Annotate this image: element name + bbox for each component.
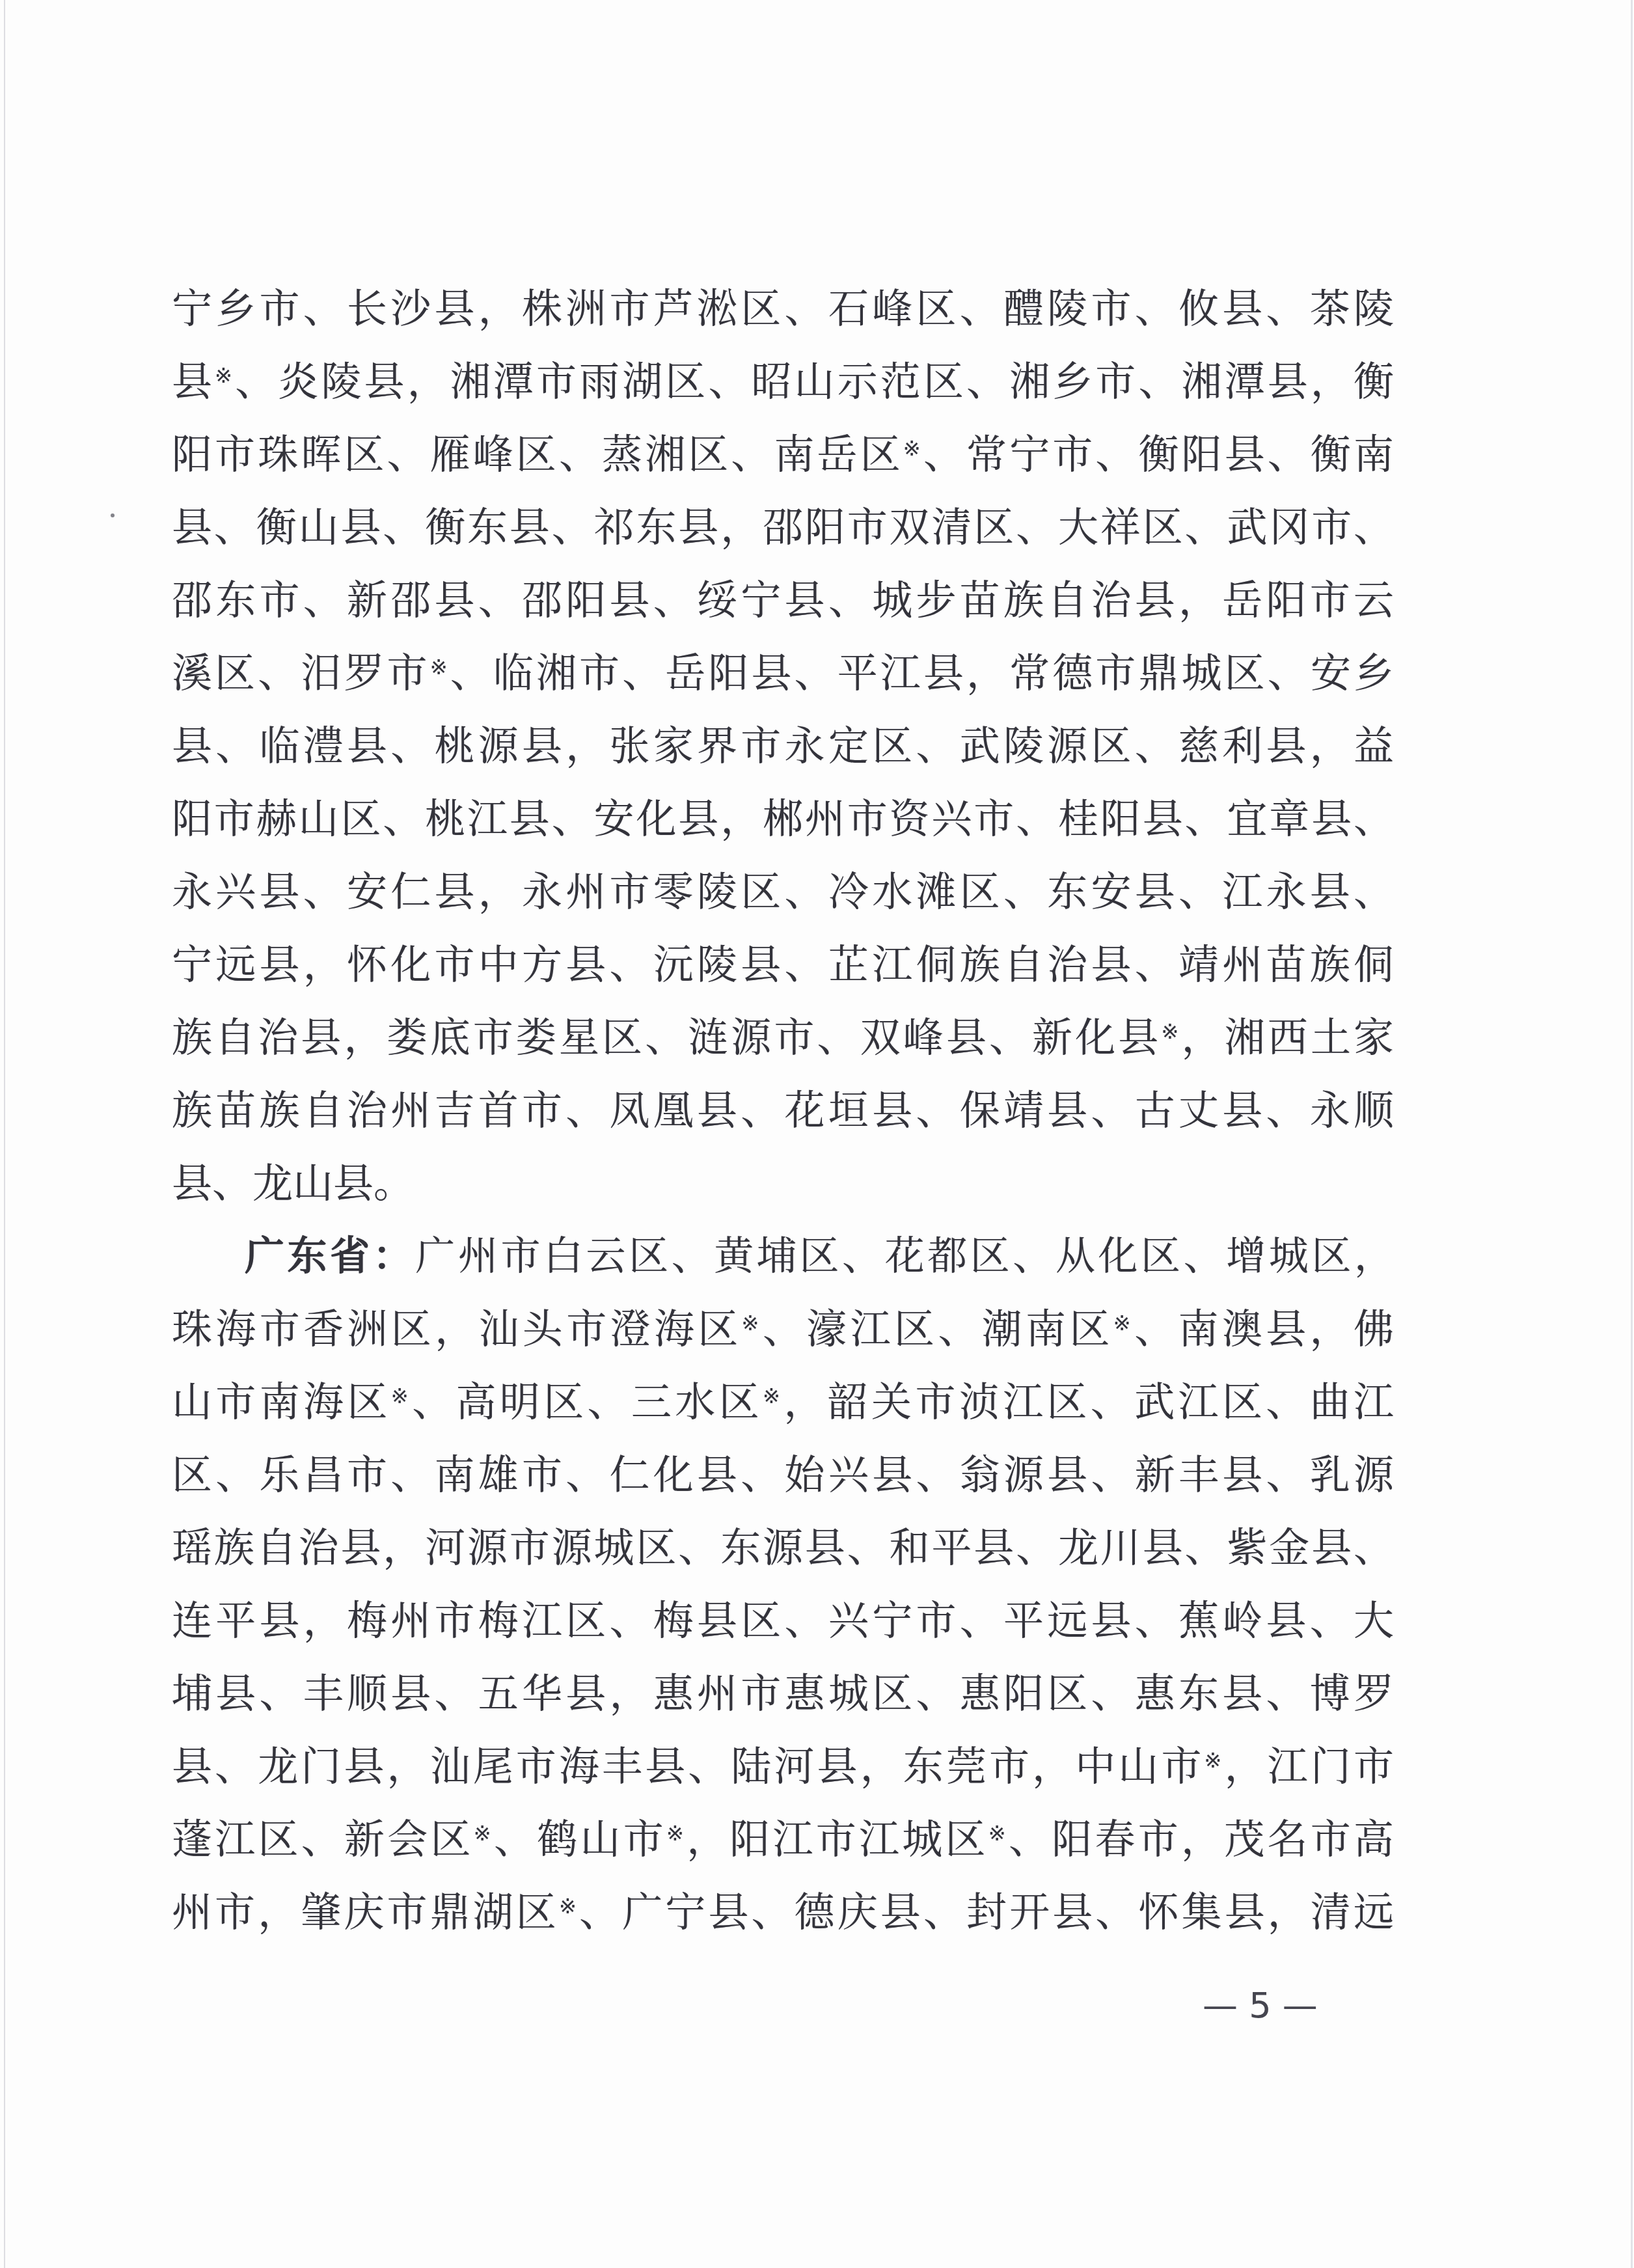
text-line: 县※、炎陵县，湘潭市雨湖区、昭山示范区、湘乡市、湘潭县，衡	[172, 346, 1394, 419]
text-line: 邵东市、新邵县、邵阳县、绥宁县、城步苗族自治县，岳阳市云	[172, 565, 1394, 638]
text-line: 山市南海区※、高明区、三水区※，韶关市浈江区、武江区、曲江	[172, 1367, 1394, 1440]
text-line: 宁远县，怀化市中方县、沅陵县、芷江侗族自治县、靖州苗族侗	[172, 929, 1394, 1002]
text-block: 宁乡市、长沙县，株洲市芦淞区、石峰区、醴陵市、攸县、茶陵 县※、炎陵县，湘潭市雨…	[172, 273, 1394, 1950]
text-line: 宁乡市、长沙县，株洲市芦淞区、石峰区、醴陵市、攸县、茶陵	[172, 273, 1394, 346]
text-line: 珠海市香洲区，汕头市澄海区※、濠江区、潮南区※、南澳县，佛	[172, 1294, 1394, 1367]
scan-edge-left	[4, 0, 5, 2268]
text-line: 族自治县，娄底市娄星区、涟源市、双峰县、新化县※，湘西土家	[172, 1002, 1394, 1075]
text-line: 广东省：广州市白云区、黄埔区、花都区、从化区、增城区，	[172, 1221, 1394, 1294]
text-line: 连平县，梅州市梅江区、梅县区、兴宁市、平远县、蕉岭县、大	[172, 1585, 1394, 1658]
text-line: 瑶族自治县，河源市源城区、东源县、和平县、龙川县、紫金县、	[172, 1512, 1394, 1585]
text-line: 区、乐昌市、南雄市、仁化县、始兴县、翁源县、新丰县、乳源	[172, 1440, 1394, 1512]
text-line: 族苗族自治州吉首市、凤凰县、花垣县、保靖县、古丈县、永顺	[172, 1075, 1394, 1148]
text-line: 县、衡山县、衡东县、祁东县，邵阳市双清区、大祥区、武冈市、	[172, 492, 1394, 565]
page-number: — 5 —	[1203, 1986, 1359, 2025]
text-line: 永兴县、安仁县，永州市零陵区、冷水滩区、东安县、江永县、	[172, 856, 1394, 929]
text-line: 阳市珠晖区、雁峰区、蒸湘区、南岳区※、常宁市、衡阳县、衡南	[172, 419, 1394, 492]
text-line: 县、龙门县，汕尾市海丰县、陆河县，东莞市，中山市※，江门市	[172, 1731, 1394, 1804]
text-line: 溪区、汨罗市※、临湘市、岳阳县、平江县，常德市鼎城区、安乡	[172, 638, 1394, 711]
text-line: 州市，肇庆市鼎湖区※、广宁县、德庆县、封开县、怀集县，清远	[172, 1877, 1394, 1950]
scan-edge-right	[1631, 0, 1633, 2268]
province-heading-bold: 广东省：	[245, 1235, 415, 1279]
text-line: 阳市赫山区、桃江县、安化县，郴州市资兴市、桂阳县、宜章县、	[172, 784, 1394, 856]
text-line: 蓬江区、新会区※、鹤山市※，阳江市江城区※、阳春市，茂名市高	[172, 1804, 1394, 1877]
paragraph-guangdong: 广东省：广州市白云区、黄埔区、花都区、从化区、增城区， 珠海市香洲区，汕头市澄海…	[172, 1221, 1394, 1950]
text-run: 广州市白云区、黄埔区、花都区、从化区、增城区，	[415, 1235, 1394, 1279]
scanned-document-page: 宁乡市、长沙县，株洲市芦淞区、石峰区、醴陵市、攸县、茶陵 县※、炎陵县，湘潭市雨…	[0, 0, 1634, 2268]
paragraph-hunan-continued: 宁乡市、长沙县，株洲市芦淞区、石峰区、醴陵市、攸县、茶陵 县※、炎陵县，湘潭市雨…	[172, 273, 1394, 1221]
text-line: 埔县、丰顺县、五华县，惠州市惠城区、惠阳区、惠东县、博罗	[172, 1658, 1394, 1731]
text-line: 县、临澧县、桃源县，张家界市永定区、武陵源区、慈利县，益	[172, 711, 1394, 784]
scan-speck-artifact	[111, 513, 115, 517]
text-line: 县、龙山县。	[172, 1148, 1394, 1221]
